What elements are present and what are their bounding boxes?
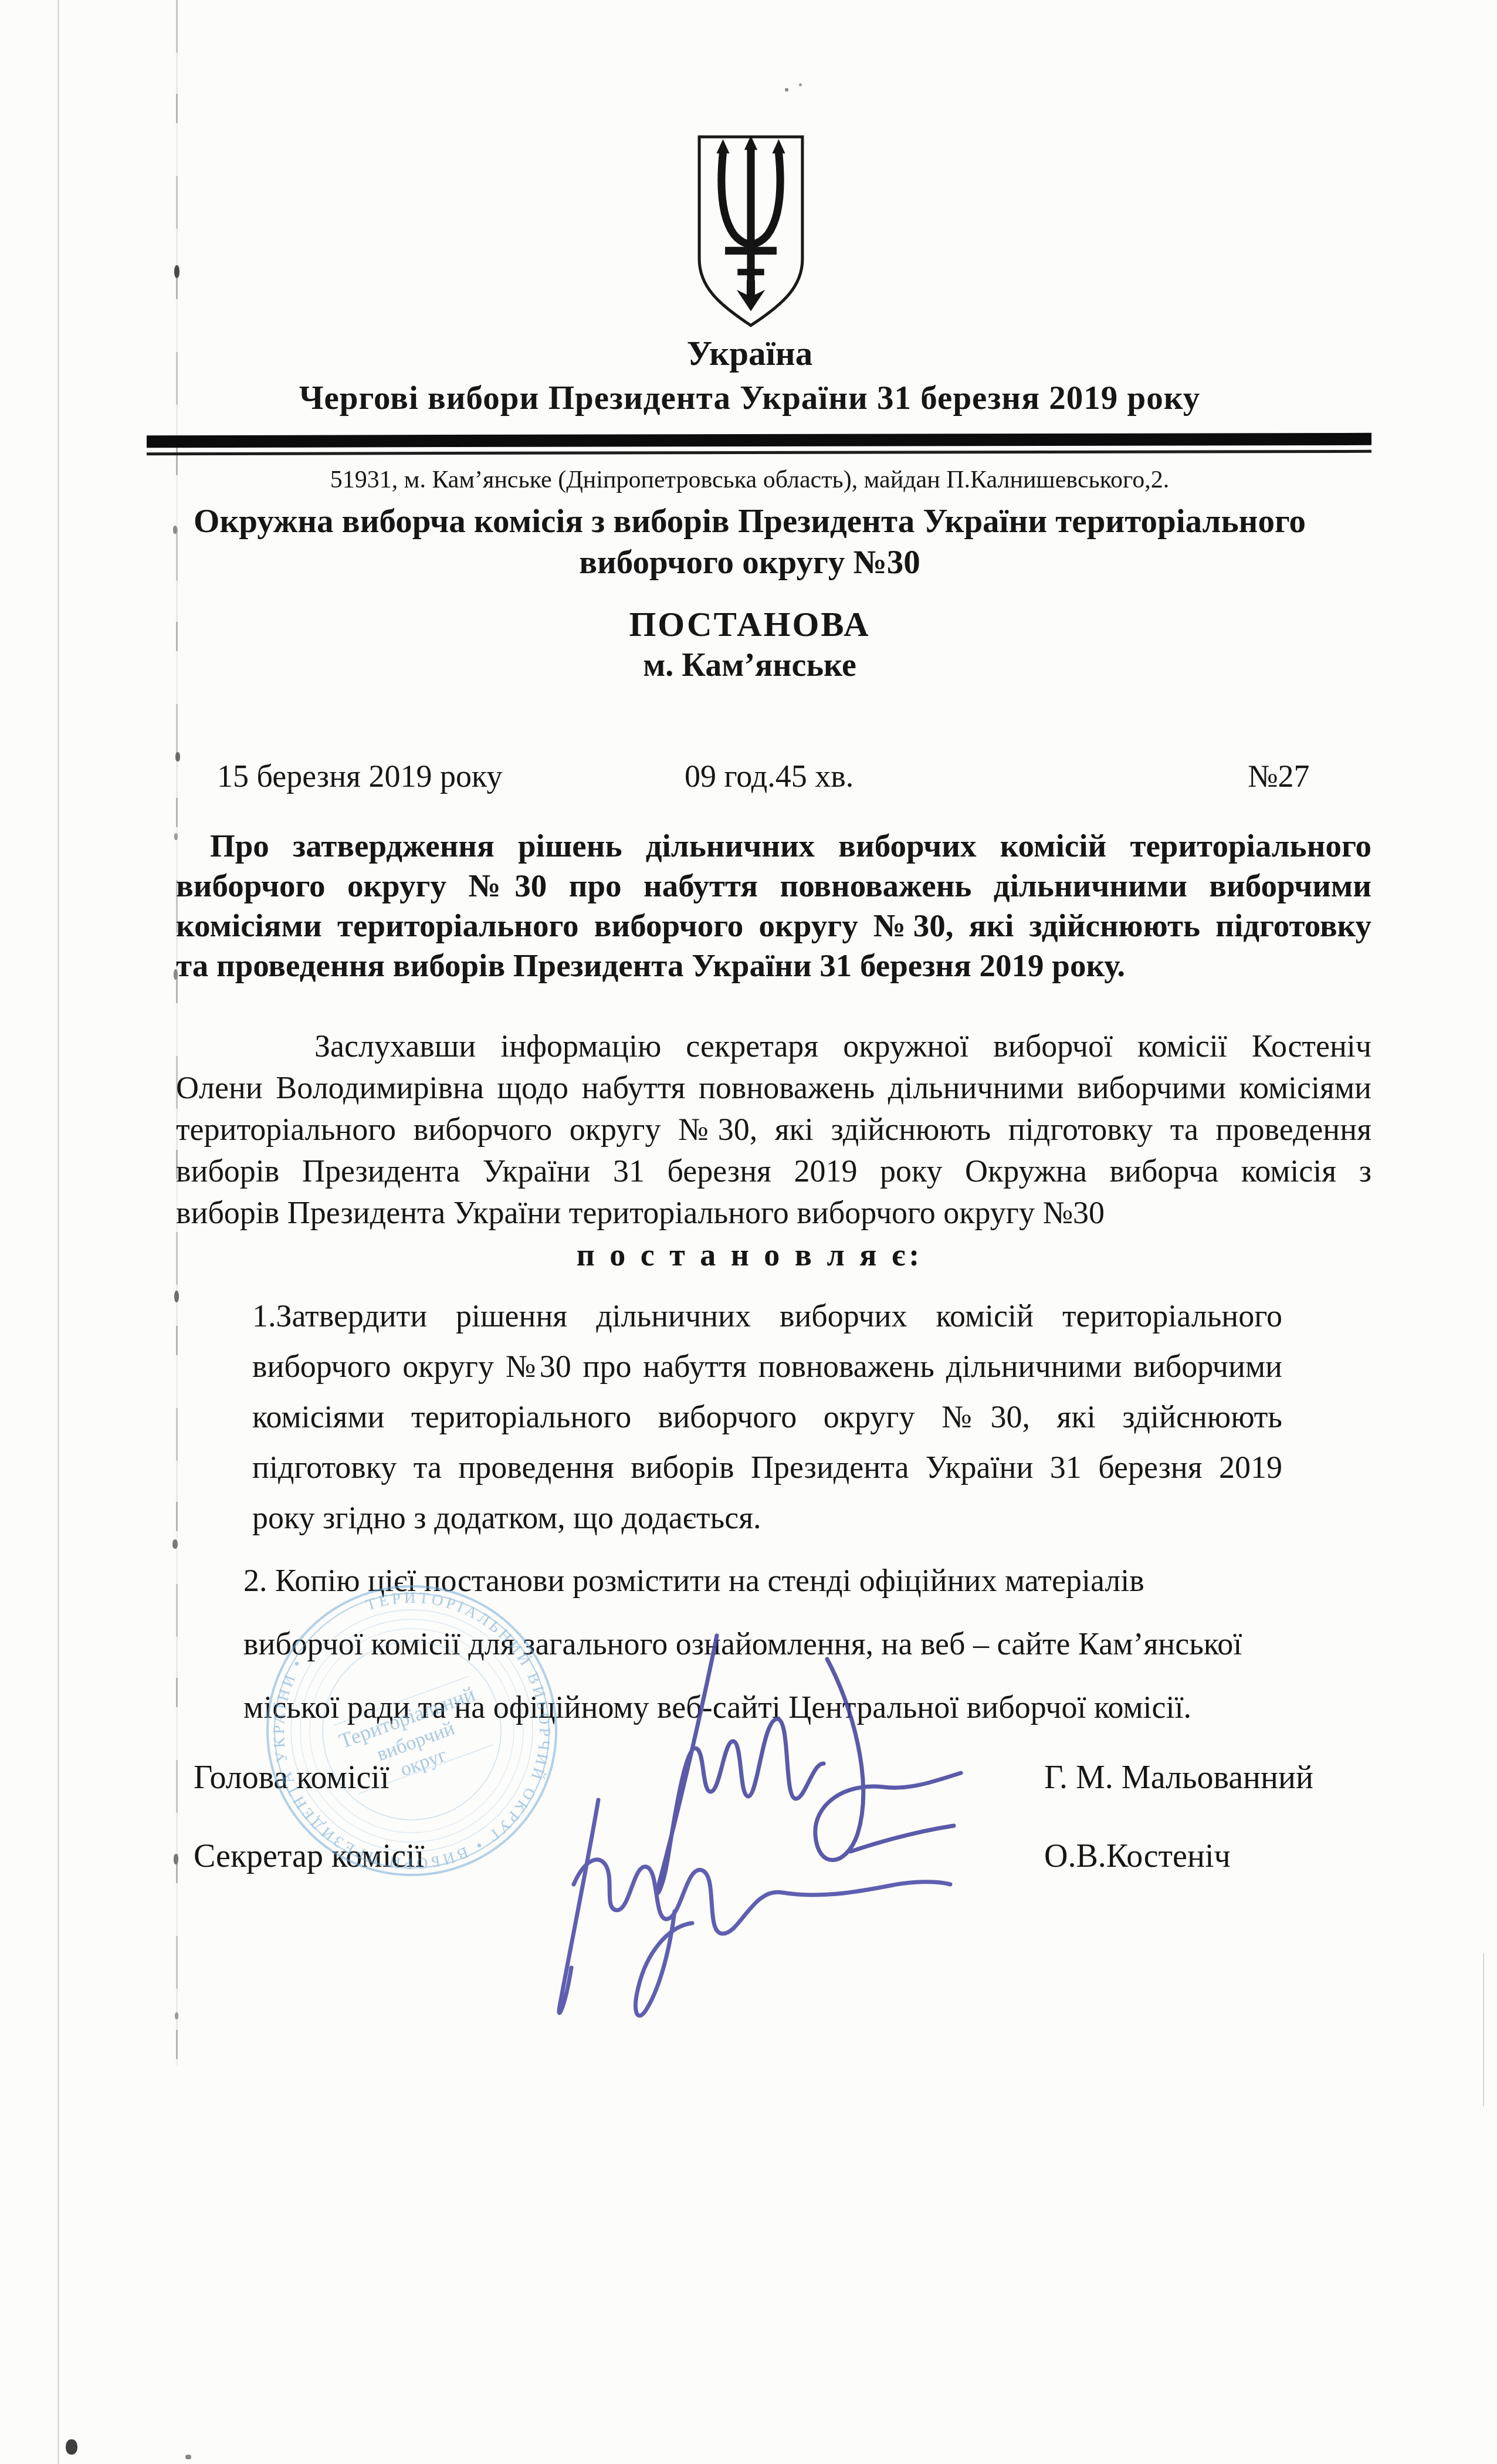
commission-name-line2: виборчого округу №30 xyxy=(128,543,1371,581)
commission-address: 51931, м. Кам’янське (Дніпропетровська о… xyxy=(128,466,1371,494)
head-signature xyxy=(658,1636,961,1893)
text-line: територіального виборчого округу №30, як… xyxy=(176,1109,1371,1150)
resolution-item-1: 1.Затвердити рішення дільничних виборчих… xyxy=(252,1291,1282,1543)
scan-artifact xyxy=(66,2439,77,2455)
subject-paragraph: Про затвердження рішень дільничних вибор… xyxy=(176,826,1371,986)
document-time: 09 год.45 хв. xyxy=(685,758,854,794)
document-type-title: ПОСТАНОВА xyxy=(128,604,1371,645)
letterhead-rule-thin xyxy=(147,450,1371,455)
text-line: комісіями територіального виборчого окру… xyxy=(252,1392,1282,1442)
document-number: №27 xyxy=(1248,758,1310,794)
secretary-signature xyxy=(559,1800,950,2016)
text-line: виборчого округу №30 про набуття повнова… xyxy=(176,866,1371,906)
text-line: Про затвердження рішень дільничних вибор… xyxy=(176,826,1371,866)
text-line: року згідно з додатком, що додається. xyxy=(252,1492,1282,1543)
scan-artifact xyxy=(799,83,802,86)
signatory-name: Г. М. Мальованний xyxy=(1044,1759,1313,1796)
scan-artifact xyxy=(185,2455,191,2459)
preamble-paragraph: Заслухавши інформацію секретаря окружної… xyxy=(176,1025,1371,1234)
scan-artifact xyxy=(174,1291,179,1302)
signatory-name: О.В.Костеніч xyxy=(1044,1837,1231,1875)
scan-artifact xyxy=(785,88,788,92)
trident-icon xyxy=(722,149,780,283)
resolves-label: п о с т а н о в л я є: xyxy=(128,1237,1371,1273)
country-name: Україна xyxy=(128,333,1371,374)
election-title: Чергові вибори Президента України 31 бер… xyxy=(128,379,1371,417)
text-line: 1.Затвердити рішення дільничних виборчих… xyxy=(252,1291,1282,1341)
document-date: 15 березня 2019 року xyxy=(217,758,502,794)
text-line: комісіями територіального виборчого окру… xyxy=(176,906,1371,946)
scanned-document-page: Україна Чергові вибори Президента Україн… xyxy=(0,0,1497,2464)
text-line: Олени Володимирівна щодо набуття повнова… xyxy=(176,1067,1371,1109)
text-line: виборів Президента України територіально… xyxy=(176,1192,1371,1234)
ukraine-coat-of-arms xyxy=(695,133,807,330)
commission-name-line1: Окружна виборча комісія з виборів Презид… xyxy=(128,502,1371,540)
scan-artifact xyxy=(174,265,179,278)
text-line: підготовку та проведення виборів Президе… xyxy=(252,1442,1282,1492)
text-line: виборчого округу №30 про набуття повнова… xyxy=(252,1341,1282,1392)
paper-edge-artifact xyxy=(1483,1954,1484,2106)
text-line: Заслухавши інформацію секретаря окружної… xyxy=(176,1025,1371,1067)
handwritten-signatures xyxy=(499,1606,1032,2046)
letterhead-rule-thick xyxy=(147,433,1371,448)
date-number-row: 15 березня 2019 року 09 год.45 хв. №27 xyxy=(128,758,1371,799)
scan-artifact xyxy=(175,2012,178,2019)
text-line: та проведення виборів Президента України… xyxy=(176,946,1371,986)
scan-artifact xyxy=(172,1539,178,1549)
text-line: виборів Президента України 31 березня 20… xyxy=(176,1150,1371,1192)
document-city: м. Кам’янське xyxy=(128,647,1371,684)
paper-edge-artifact xyxy=(57,0,59,2464)
